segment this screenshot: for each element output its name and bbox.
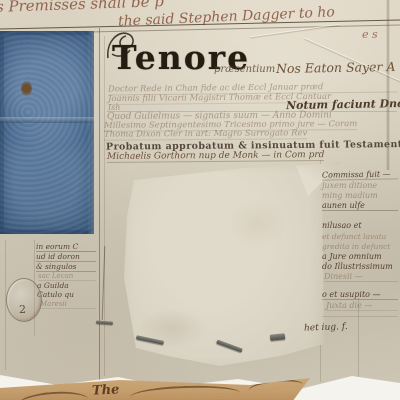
heading-praesentium: præsentium (214, 64, 275, 75)
blue-revenue-stamp (0, 31, 94, 234)
left-col-line: ud id doron (36, 252, 96, 262)
right-col-line: ming madium (322, 191, 398, 200)
stain (228, 198, 288, 248)
ink-blot (21, 81, 32, 96)
right-col-line: o et usupito — (322, 290, 398, 300)
handwriting-top-fragment: e s (362, 28, 378, 41)
rule-line (322, 316, 398, 317)
right-col-line: nilusao et (322, 221, 398, 230)
tan-strip-handwriting: The (92, 382, 120, 398)
right-col-line: aunen ulfe (322, 201, 398, 211)
right-col-line: a Jure omnium (322, 252, 398, 261)
left-col-line: sac Lecan (38, 272, 96, 281)
left-col-line: Catulo qu (37, 290, 96, 299)
heading-opening-names: Nos Eaton Sayer A (276, 59, 396, 76)
right-col-line: Dinesii — (324, 272, 398, 282)
left-col-line: & singulos (36, 262, 96, 272)
margin-line (99, 28, 100, 380)
right-col-line: et defunct lavata (322, 232, 398, 241)
thoma-line: Thoma Dixon Cler in art: Magro Surrogato… (104, 128, 307, 140)
margin-line (104, 36, 105, 376)
stamp-edge-highlight (87, 31, 94, 234)
michaelis-line: Michaelis Gorthorn nup de Monk — in Com … (107, 150, 324, 163)
stain (138, 308, 208, 348)
embossed-duty-stamp: 2 (6, 278, 42, 322)
right-col-line: Commissa fuit — (322, 169, 398, 180)
parchment-document: s Premisses shall be p the said Stephen … (0, 0, 400, 400)
right-col-line: do Illustrissimum (322, 262, 398, 271)
right-col-line: Juxta die — (326, 301, 398, 311)
right-col-line: gredita in defunct (322, 242, 398, 251)
left-col-line: a Guilda (37, 281, 96, 290)
left-col-line: Maresii (40, 300, 96, 309)
left-col-line: in eorum C (36, 242, 96, 252)
right-col-line: juxem ditione (322, 181, 398, 190)
photo-of-historic-document: s Premisses shall be p the said Stephen … (0, 0, 400, 400)
handwriting-squiggle (130, 384, 240, 397)
crease (386, 0, 390, 170)
duty-stamp-digit: 2 (19, 303, 26, 316)
stamp-seam (0, 117, 94, 123)
right-col-line: het iug. f. (304, 320, 394, 333)
handwriting-squiggle (18, 390, 89, 400)
